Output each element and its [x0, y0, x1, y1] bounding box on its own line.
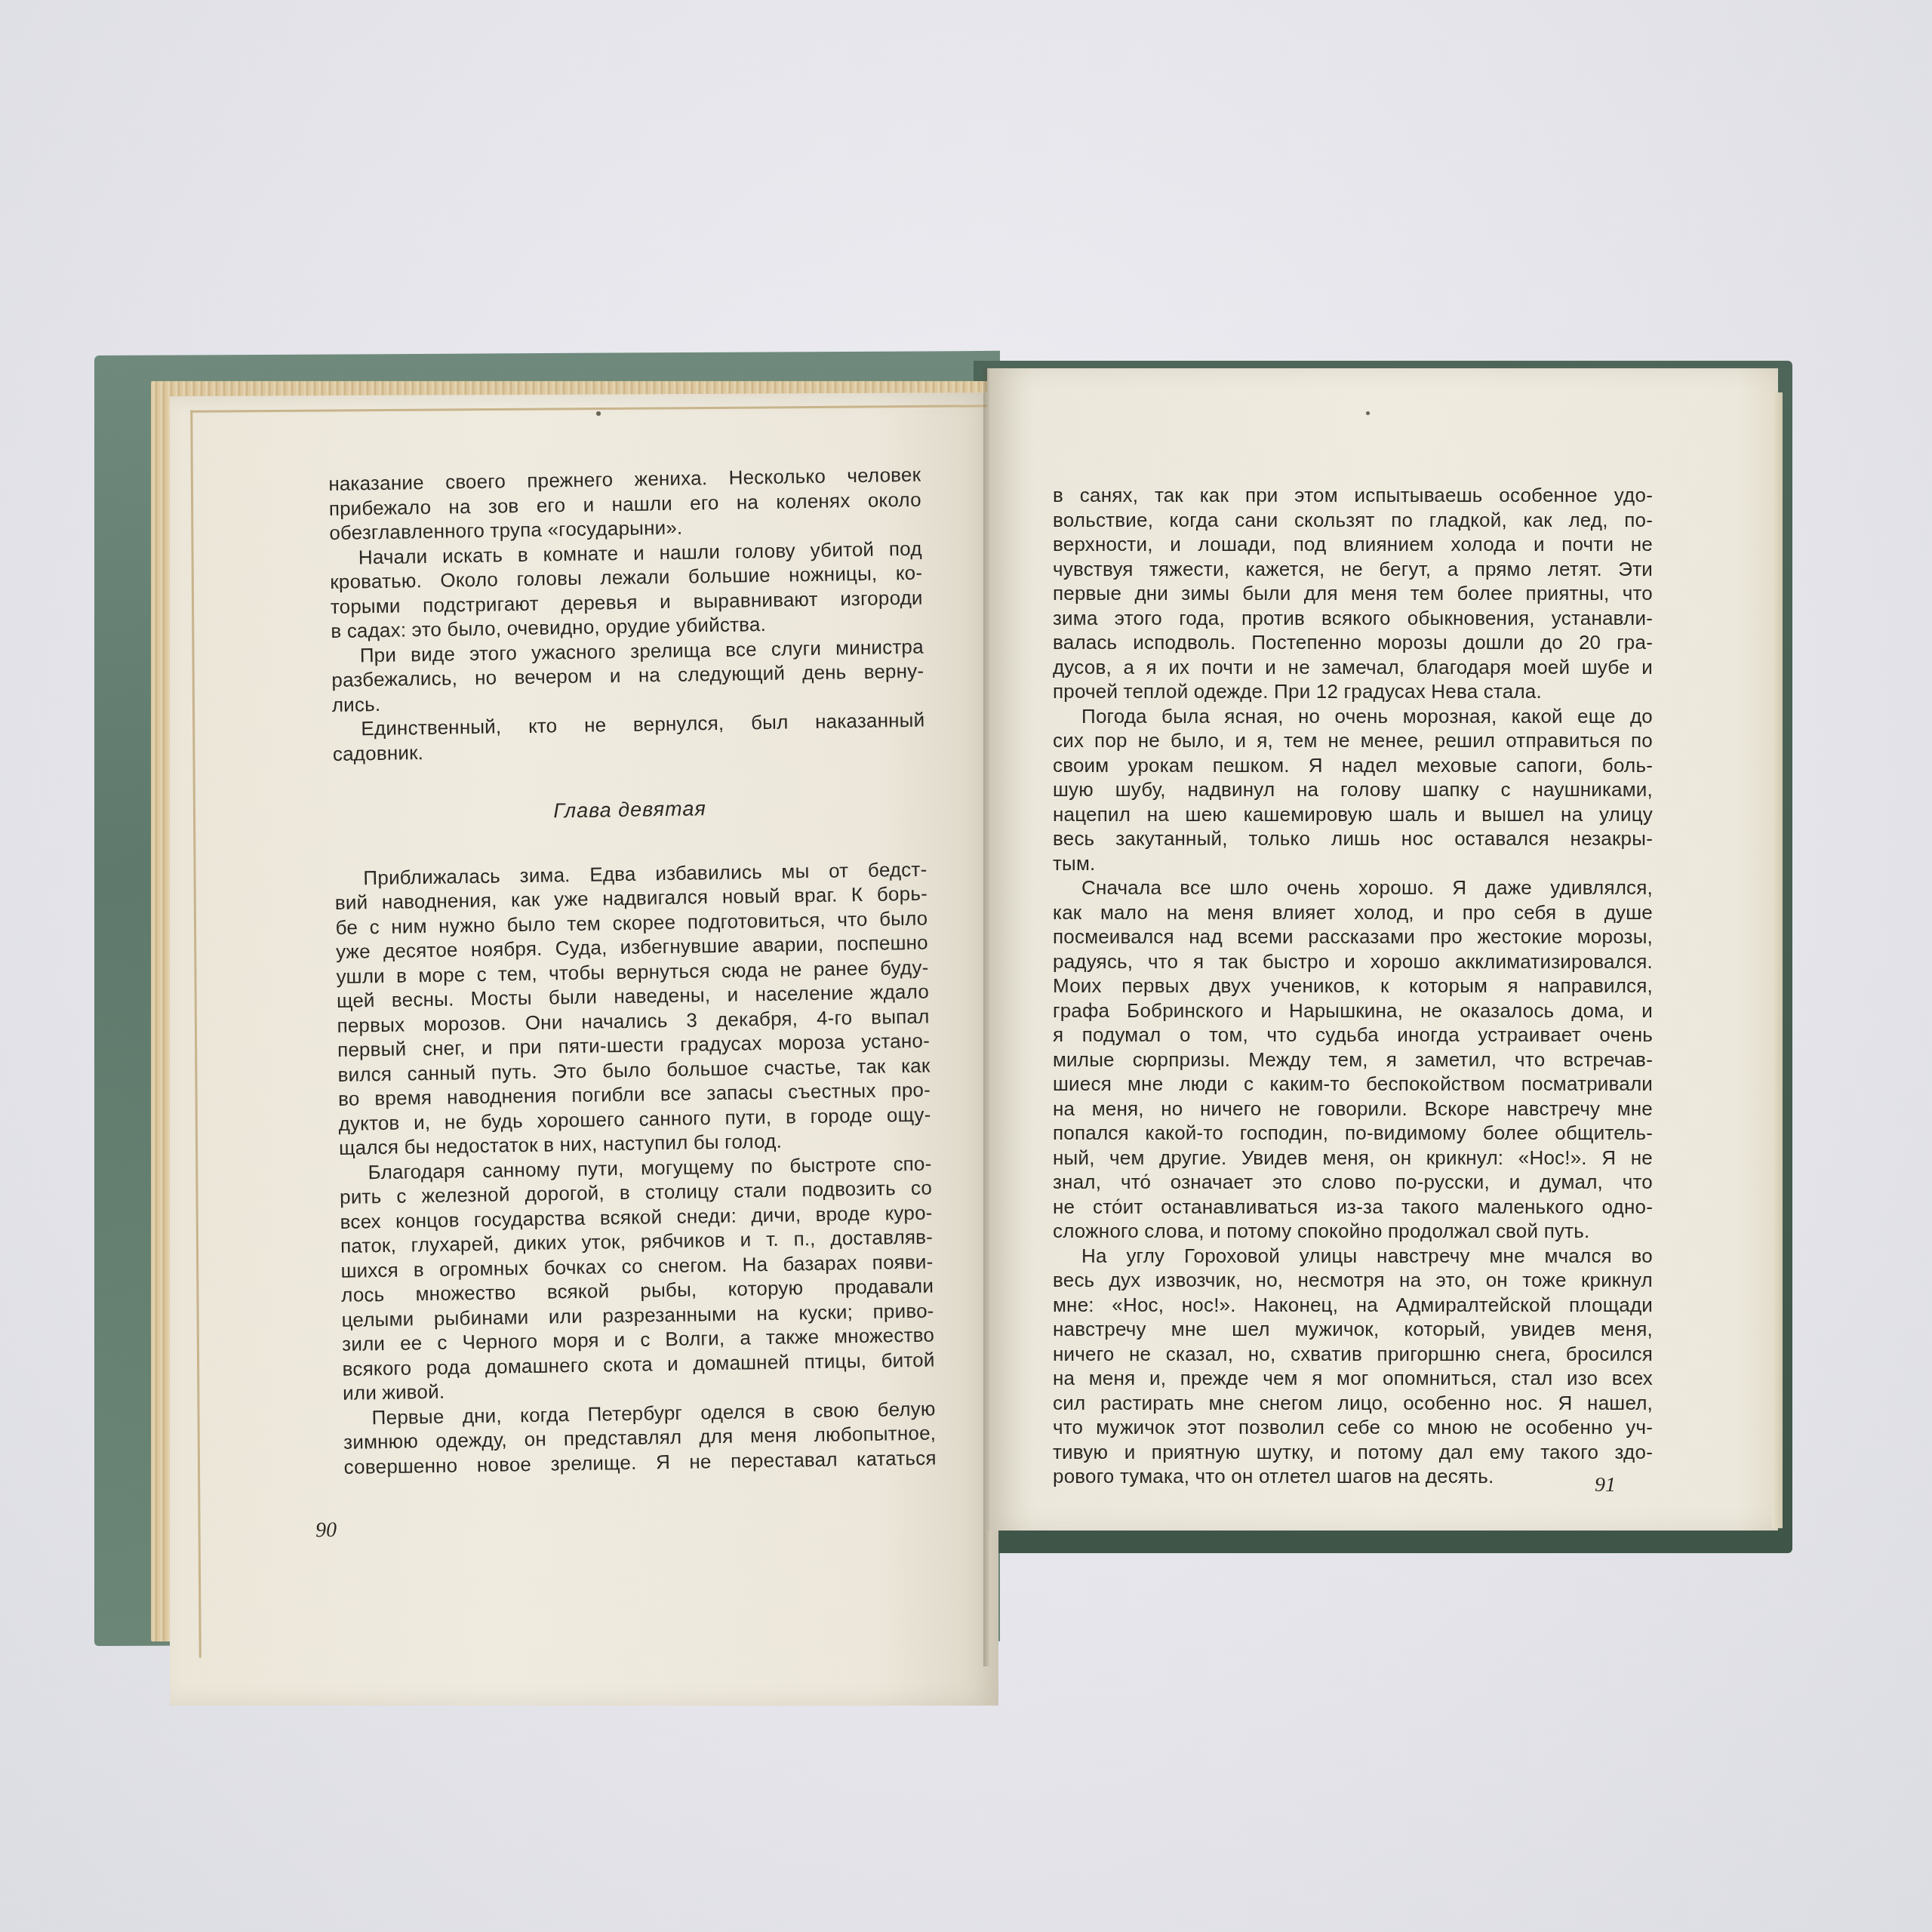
- text-line: ничего не сказал, но, схватив пригоршню …: [1053, 1342, 1653, 1367]
- text-line: верхности, и лошади, под влиянием холода…: [1053, 532, 1653, 557]
- text-line: вольствие, когда сани скользят по гладко…: [1053, 508, 1653, 533]
- chapter-title: Глава девятая: [334, 793, 926, 827]
- text-line: радуясь, что я так быстро и хорошо аккли…: [1053, 949, 1653, 974]
- text-line: весь закутанный, только лишь нос оставал…: [1053, 826, 1653, 851]
- text-line: ный, чем другие. Увидев меня, он крикнул…: [1053, 1146, 1653, 1171]
- text-line: чувствуя тяжести, кажется, не бегут, а п…: [1053, 557, 1653, 582]
- text-line: сложного слова, и потому спокойно продол…: [1053, 1219, 1653, 1244]
- text-line: как мало на меня влияет холод, и про себ…: [1053, 900, 1653, 925]
- text-line: Моих первых двух учеников, к которым я н…: [1053, 974, 1653, 998]
- text-line: что мужичок этот позволил себе со мною н…: [1053, 1415, 1653, 1440]
- book-gutter: [983, 368, 989, 1666]
- text-line: первые дни зимы были для меня тем более …: [1053, 581, 1653, 606]
- text-line: нацепил на шею кашемировую шаль и вышел …: [1053, 802, 1653, 827]
- photo-background: наказание своего прежнего жениха. Нескол…: [0, 0, 1932, 1932]
- text-line: рового тумака, что он отлетел шагов на д…: [1053, 1464, 1653, 1489]
- text-line: попался какой-то господин, по-видимому б…: [1053, 1121, 1653, 1146]
- text-line: милые сюрпризы. Между тем, я заметил, чт…: [1053, 1048, 1653, 1072]
- text-line: сих пор не было, и я, тем не менее, реши…: [1053, 728, 1653, 753]
- text-line: своим урокам пешком. Я надел меховые сап…: [1053, 753, 1653, 778]
- text-line: посмеивался над всеми рассказами про жес…: [1053, 924, 1653, 949]
- text-line: навстречу мне шел мужичок, который, увид…: [1053, 1317, 1653, 1342]
- page-number-right: 91: [1595, 1473, 1616, 1497]
- text-line: шиеся мне люди с каким-то беспокойством …: [1053, 1072, 1653, 1097]
- text-line: Сначала все шло очень хорошо. Я даже уди…: [1053, 875, 1653, 900]
- text-line: тивую и приятную шутку, и потому дал ему…: [1053, 1440, 1653, 1465]
- text-line: прочей теплой одежде. При 12 градусах Не…: [1053, 679, 1653, 704]
- text-line: Погода была ясная, но очень морозная, ка…: [1053, 704, 1653, 729]
- left-page-text: наказание своего прежнего жениха. Нескол…: [328, 463, 937, 1479]
- text-line: тым.: [1053, 851, 1653, 876]
- text-line: не сто́ит останавливаться из-за такого м…: [1053, 1195, 1653, 1220]
- right-page-text: в санях, так как при этом испытываешь ос…: [1053, 483, 1653, 1489]
- text-line: валась исподволь. Постепенно морозы дошл…: [1053, 630, 1653, 655]
- paper-speck: [1366, 411, 1370, 415]
- text-line: на меня, но ничего не говорили. Вскоре н…: [1053, 1097, 1653, 1121]
- text-line: зима этого года, против всякого обыкнове…: [1053, 606, 1653, 631]
- text-line: знал, что́ означает это слово по-русски,…: [1053, 1170, 1653, 1195]
- text-line: На углу Гороховой улицы навстречу мне мч…: [1053, 1244, 1653, 1269]
- text-line: я подумал о том, что судьба иногда устра…: [1053, 1023, 1653, 1048]
- text-line: дусов, а я их почти и не замечал, благод…: [1053, 655, 1653, 680]
- text-line: шую шубу, надвинул на голову шапку с нау…: [1053, 777, 1653, 802]
- text-line: весь дух извозчик, но, несмотря на это, …: [1053, 1268, 1653, 1293]
- text-line: графа Бобринского и Нарышкина, не оказал…: [1053, 998, 1653, 1023]
- text-line: в санях, так как при этом испытываешь ос…: [1053, 483, 1653, 508]
- page-number-left: 90: [315, 1518, 337, 1543]
- text-line: сил растирать мне снегом лицо, особенно …: [1053, 1391, 1653, 1416]
- text-line: мне: «Нос, нос!». Наконец, на Адмиралтей…: [1053, 1293, 1653, 1318]
- text-line: на меня и, прежде чем я мог опомниться, …: [1053, 1366, 1653, 1391]
- right-page-edge: [1772, 392, 1783, 1528]
- paper-speck: [596, 411, 601, 416]
